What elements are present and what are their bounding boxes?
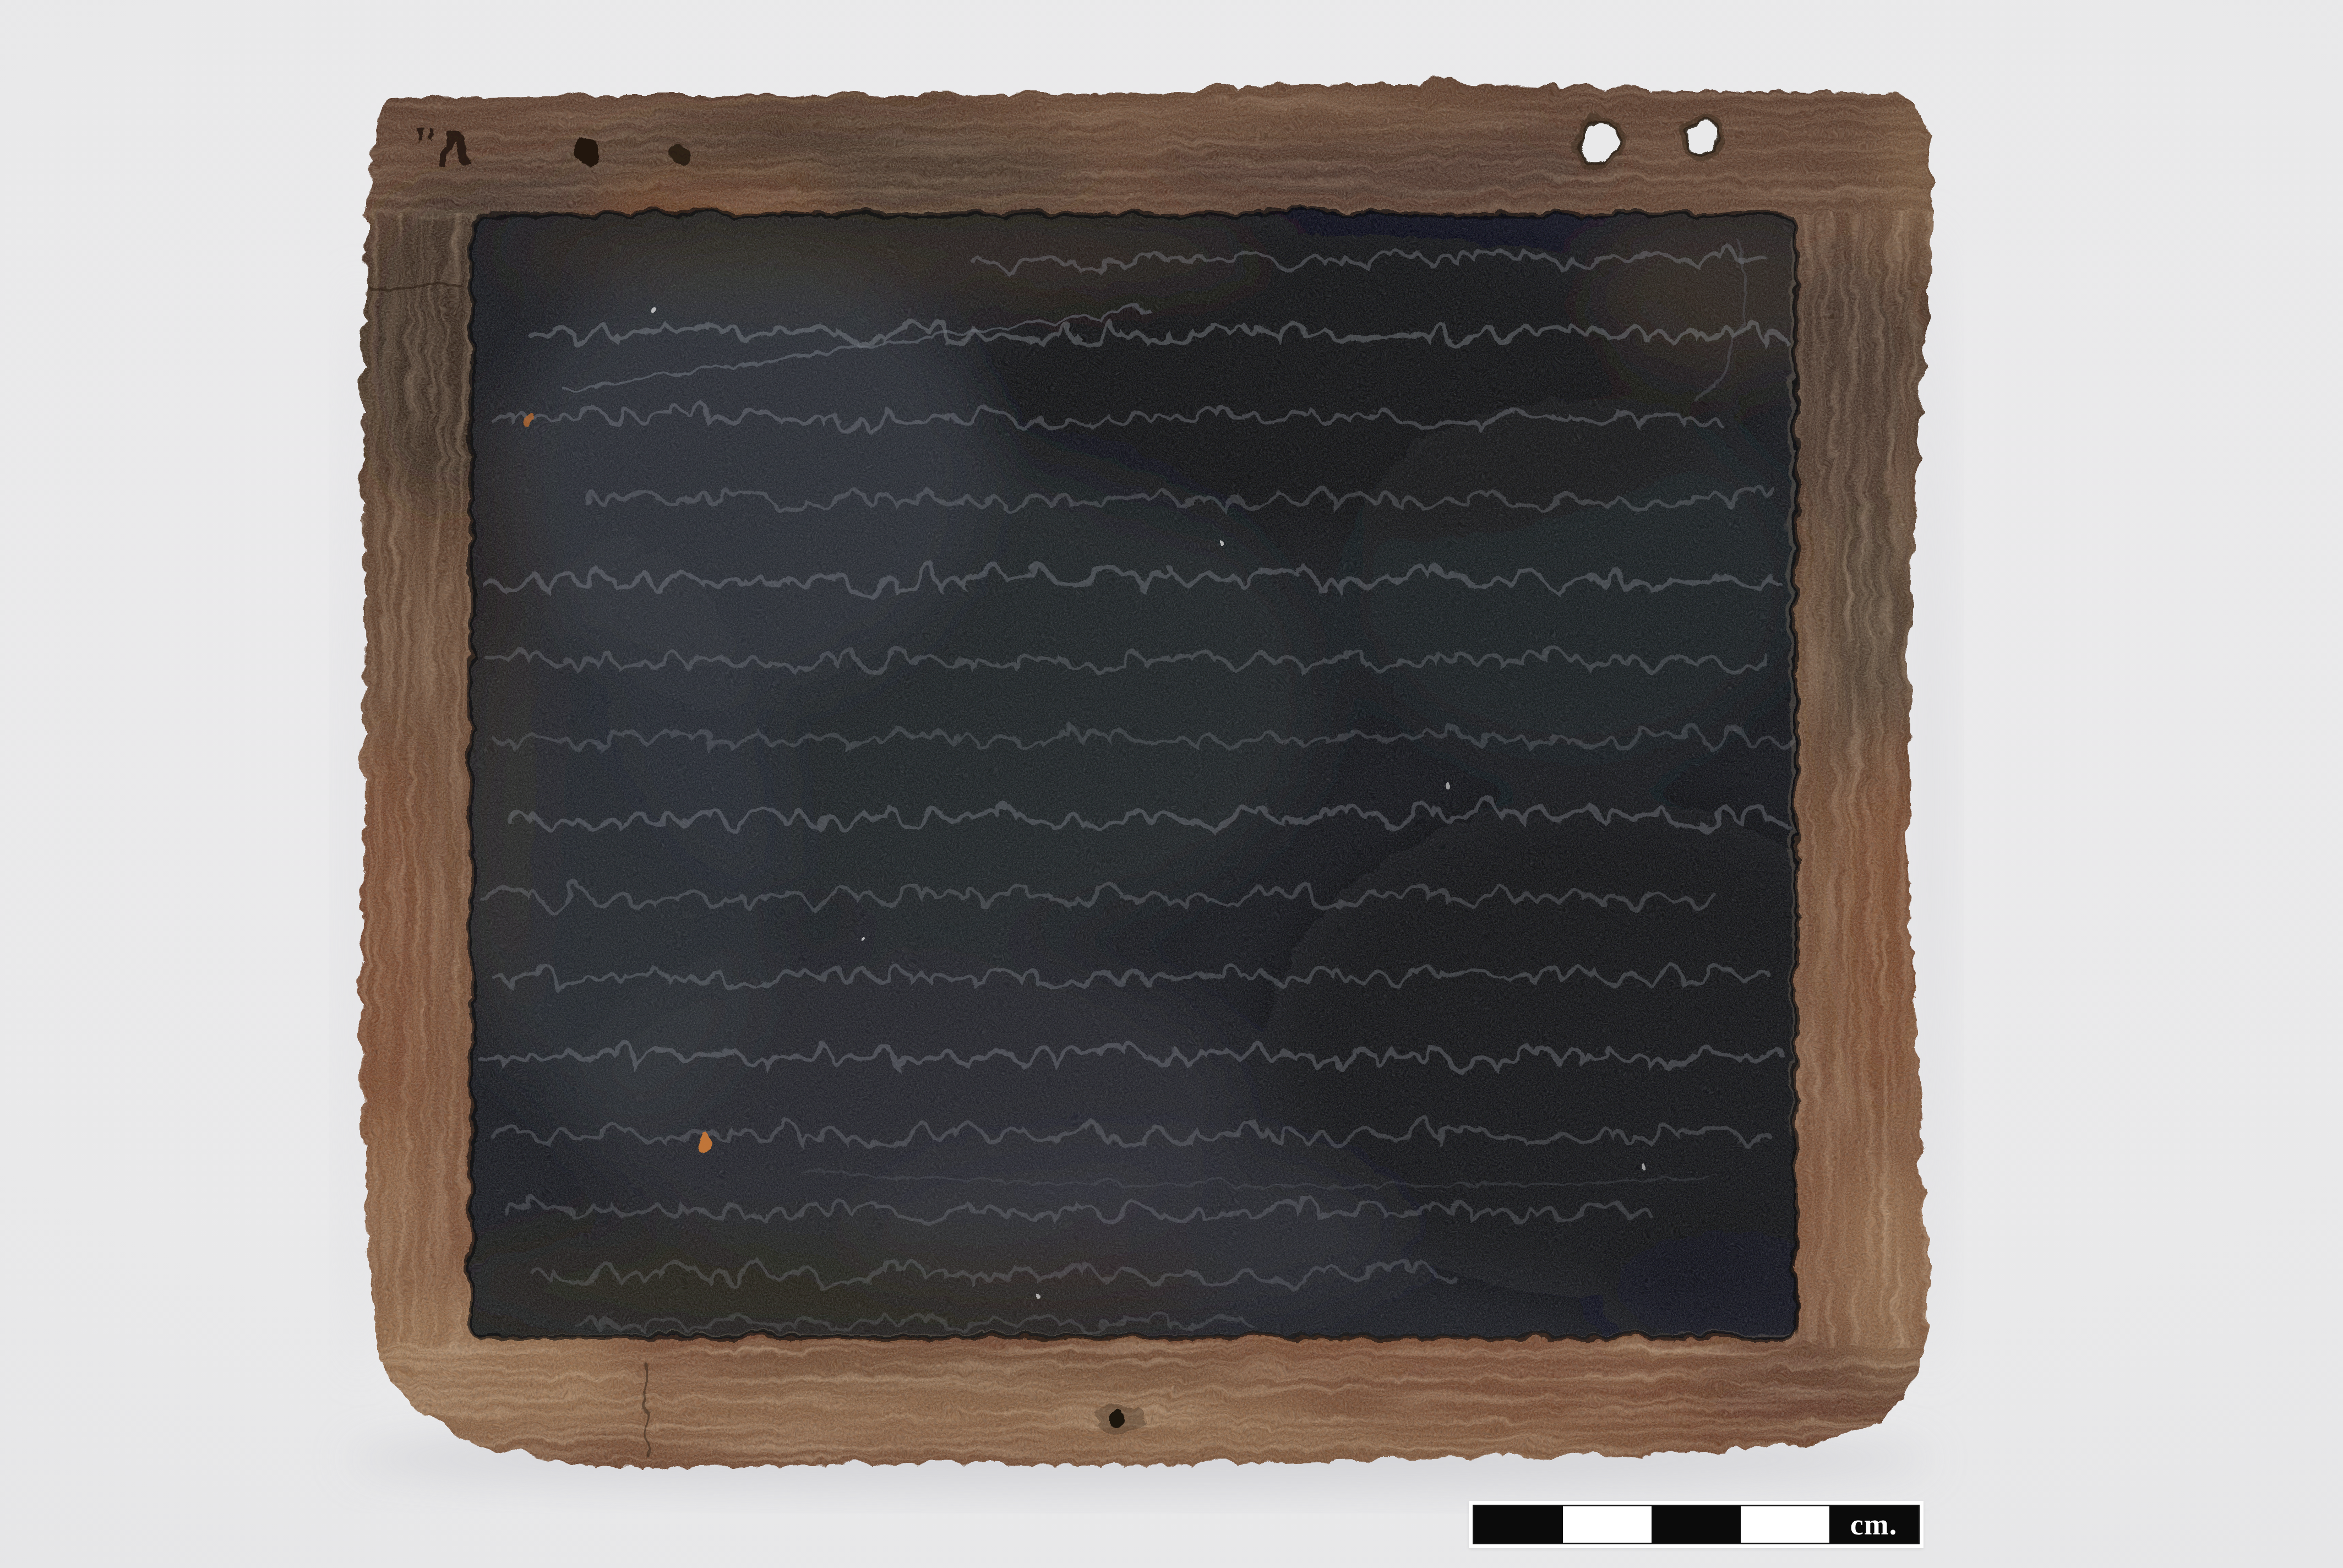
worm-hole [1108, 1406, 1125, 1426]
scale-bar-segment: cm. [1829, 1506, 1918, 1543]
crack [643, 1360, 644, 1451]
dust-speck [1033, 1292, 1037, 1296]
dust-speck [1638, 1159, 1643, 1164]
scale-bar-segment [1741, 1506, 1829, 1543]
fleck [524, 412, 533, 425]
scale-unit-label: cm. [1850, 1510, 1897, 1539]
scale-bar-segment [1563, 1506, 1652, 1543]
worm-hole [572, 135, 595, 165]
tablet: ʺΛ [330, 77, 1971, 1470]
dust-speck [1214, 537, 1219, 542]
corner-marking: ʺΛ [409, 116, 472, 176]
dust-speck [857, 934, 861, 938]
dust-speck [1440, 779, 1445, 785]
worm-hole [670, 141, 686, 165]
scale-bar-segments: cm. [1473, 1505, 1920, 1544]
photo-background: ʺΛ cm. [0, 0, 2343, 1568]
dust-speck [647, 306, 652, 311]
binding-hole [1682, 116, 1717, 154]
scale-bar-segment [1652, 1506, 1740, 1543]
artifact-photo: ʺΛ [0, 0, 2343, 1568]
grain-overlay [469, 211, 1792, 1333]
fleck [694, 1127, 706, 1148]
wax-panel [440, 195, 1927, 1360]
scale-bar: cm. [1469, 1501, 1924, 1548]
binding-hole [1577, 117, 1615, 160]
scale-bar-segment [1474, 1506, 1563, 1543]
